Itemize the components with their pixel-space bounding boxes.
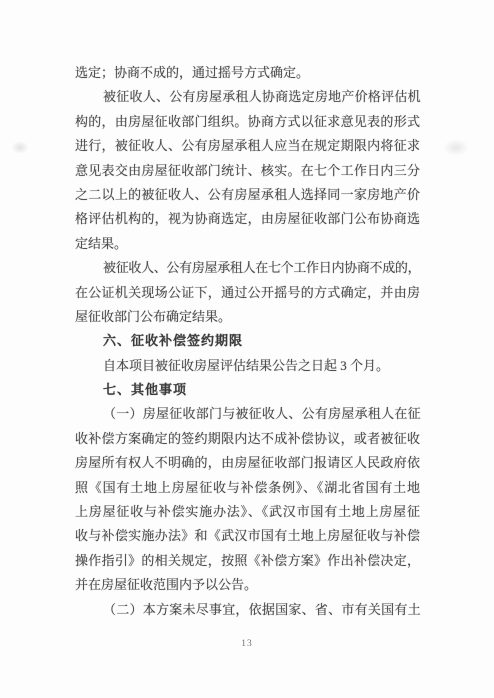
text-line: 构的，由房屋征收部门组织。协商方式以征求意见表的形式 (75, 110, 420, 134)
text-line: 进行，被征收人、公有房屋承租人应当在规定期限内将征求 (75, 134, 420, 158)
text-line: 被征收人、公有房屋承租人协商选定房地产价格评估机 (75, 85, 420, 109)
page-number: 13 (0, 639, 494, 649)
text-line: 房屋所有权人不明确的，由房屋征收部门报请区人民政府依 (75, 451, 420, 475)
scan-smudge (11, 141, 29, 154)
scan-smudge (443, 139, 469, 156)
section-heading: 六、征收补偿签约期限 (75, 329, 420, 353)
text-line: （二）本方案未尽事宜，依据国家、省、市有关国有土 (75, 598, 420, 622)
text-line: 定结果。 (75, 232, 420, 256)
text-line: 自本项目被征收房屋评估结果公告之日起 3 个月。 (75, 354, 420, 378)
document-text: 选定；协商不成的，通过摇号方式确定。被征收人、公有房屋承租人协商选定房地产价格评… (75, 61, 420, 622)
document-page: 选定；协商不成的，通过摇号方式确定。被征收人、公有房屋承租人协商选定房地产价格评… (0, 0, 494, 698)
text-line: 被征收人、公有房屋承租人在七个工作日内协商不成的， (75, 256, 420, 280)
text-line: （一）房屋征收部门与被征收人、公有房屋承租人在征 (75, 402, 420, 426)
text-line: 收与补偿实施办法》和《武汉市国有土地上房屋征收与补偿 (75, 524, 420, 548)
text-line: 选定；协商不成的，通过摇号方式确定。 (75, 61, 420, 85)
text-line: 上房屋征收与补偿实施办法》、《武汉市国有土地上房屋征 (75, 500, 420, 524)
text-line: 照《国有土地上房屋征收与补偿条例》、《湖北省国有土地 (75, 476, 420, 500)
text-line: 操作指引》的相关规定，按照《补偿方案》作出补偿决定， (75, 549, 420, 573)
text-line: 屋征收部门公布确定结果。 (75, 305, 420, 329)
text-line: 并在房屋征收范围内予以公告。 (75, 573, 420, 597)
section-heading: 七、其他事项 (75, 378, 420, 402)
text-line: 之二以上的被征收人、公有房屋承租人选择同一家房地产价 (75, 183, 420, 207)
text-line: 格评估机构的，视为协商选定，由房屋征收部门公布协商选 (75, 207, 420, 231)
text-line: 收补偿方案确定的签约期限内达不成补偿协议，或者被征收 (75, 427, 420, 451)
text-line: 在公证机关现场公证下，通过公开摇号的方式确定，并由房 (75, 281, 420, 305)
text-line: 意见表交由房屋征收部门统计、核实。在七个工作日内三分 (75, 159, 420, 183)
